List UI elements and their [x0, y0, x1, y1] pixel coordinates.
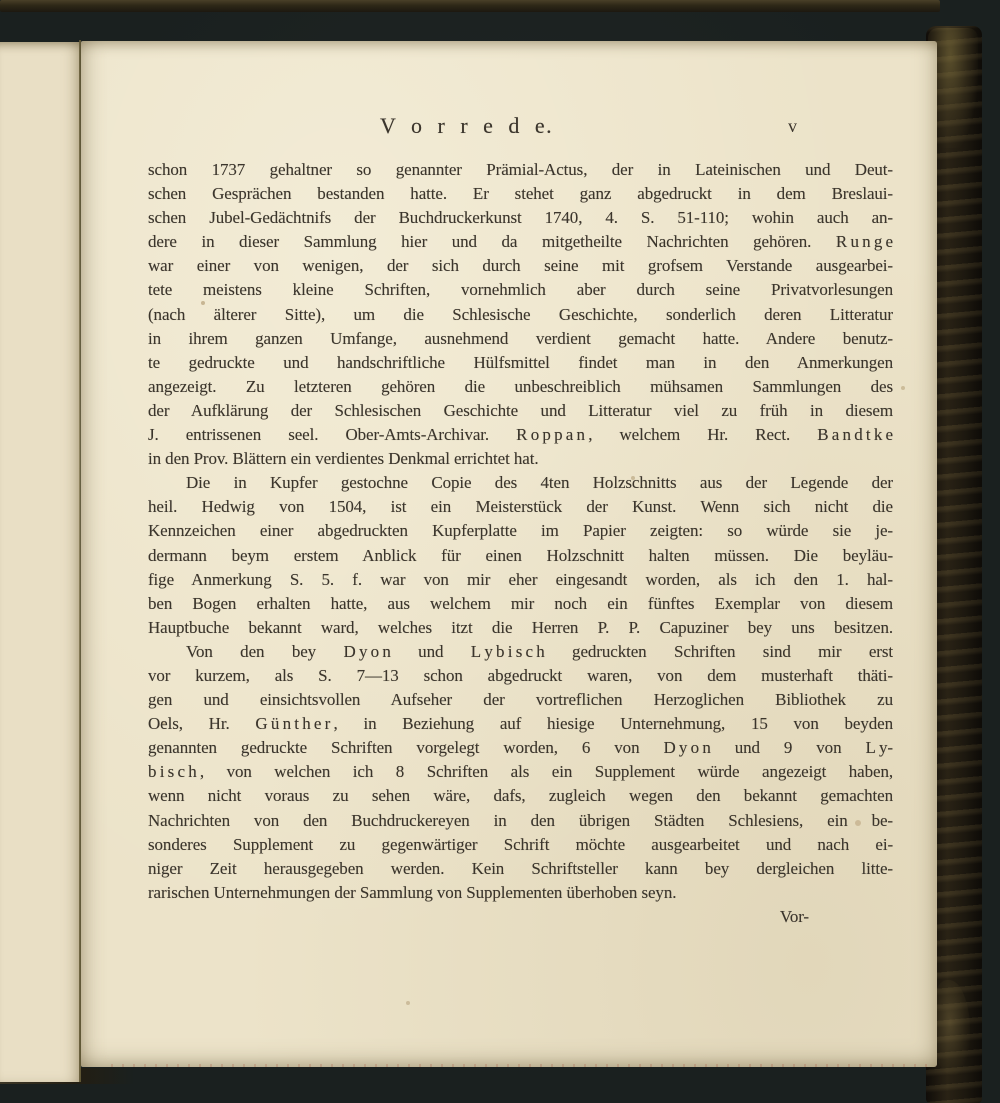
text-line: der Aufklärung der Schlesischen Geschich… — [148, 399, 893, 423]
text-line: angezeigt. Zu letzteren gehören die unbe… — [148, 375, 893, 399]
text-line: wenn nicht voraus zu sehen wäre, dafs, z… — [148, 784, 893, 808]
text-line: Von den bey D y o n und L y b i s c h ge… — [148, 640, 893, 664]
page-number: v — [788, 116, 797, 137]
paragraph: schon 1737 gehaltner so genannter Prämia… — [148, 158, 893, 471]
text-line: Die in Kupfer gestochne Copie des 4ten H… — [148, 471, 893, 495]
text-line: J. entrissenen seel. Ober-Amts-Archivar.… — [148, 423, 893, 447]
paragraph: Von den bey D y o n und L y b i s c h ge… — [148, 640, 893, 905]
text-line: heil. Hedwig von 1504, ist ein Meisterst… — [148, 495, 893, 519]
scan-background: V o r r e d e. v schon 1737 gehaltner so… — [0, 0, 1000, 1103]
text-line: sonderes Supplement zu gegenwärtiger Sch… — [148, 833, 893, 857]
paragraph: Die in Kupfer gestochne Copie des 4ten H… — [148, 471, 893, 640]
text-line: gen und einsichtsvollen Aufseher der vor… — [148, 688, 893, 712]
page-header: V o r r e d e. v — [148, 113, 893, 145]
book-cover-top-edge — [0, 0, 940, 12]
text-line: b i s c h , von welchen ich 8 Schriften … — [148, 760, 893, 784]
text-line: Kennzeichen einer abgedruckten Kupferpla… — [148, 519, 893, 543]
page-header-title: V o r r e d e. — [380, 113, 553, 139]
text-line: schon 1737 gehaltner so genannter Prämia… — [148, 158, 893, 182]
book-page: V o r r e d e. v schon 1737 gehaltner so… — [81, 41, 937, 1067]
text-line: in ihrem ganzen Umfange, ausnehmend verd… — [148, 327, 893, 351]
text-line: (nach älterer Sitte), um die Schlesische… — [148, 303, 893, 327]
text-line: fige Anmerkung S. 5. f. war von mir eher… — [148, 568, 893, 592]
text-line: niger Zeit herausgegeben werden. Kein Sc… — [148, 857, 893, 881]
text-line: te gedruckte und handschriftliche Hülfsm… — [148, 351, 893, 375]
text-line: genannten gedruckte Schriften vorgelegt … — [148, 736, 893, 760]
facing-page-edge — [0, 42, 80, 1082]
text-line: Hauptbuche bekannt ward, welches itzt di… — [148, 616, 893, 640]
text-line: rarischen Unternehmungen der Sammlung vo… — [148, 881, 893, 905]
text-line: schen Jubel-Gedächtnifs der Buchdruckerk… — [148, 206, 893, 230]
text-line: in den Prov. Blättern ein verdientes Den… — [148, 447, 893, 471]
text-line: Oels, Hr. G ü n t h e r , in Beziehung a… — [148, 712, 893, 736]
text-line: tete meistens kleine Schriften, vornehml… — [148, 278, 893, 302]
text-line: Nachrichten von den Buchdruckereyen in d… — [148, 809, 893, 833]
text-line: dermann beym erstem Anblick für einen Ho… — [148, 544, 893, 568]
paragraphs: schon 1737 gehaltner so genannter Prämia… — [148, 158, 893, 905]
catchword: Vor- — [780, 907, 809, 926]
text-line: war einer von wenigen, der sich durch se… — [148, 254, 893, 278]
text-block: schon 1737 gehaltner so genannter Prämia… — [148, 158, 893, 929]
text-line: ben Bogen erhalten hatte, aus welchem mi… — [148, 592, 893, 616]
text-line: dere in dieser Sammlung hier und da mitg… — [148, 230, 893, 254]
text-line: vor kurzem, als S. 7—13 schon abgedruckt… — [148, 664, 893, 688]
text-line: schen Gesprächen bestanden hatte. Er ste… — [148, 182, 893, 206]
catchword-row: Vor- — [148, 905, 893, 929]
